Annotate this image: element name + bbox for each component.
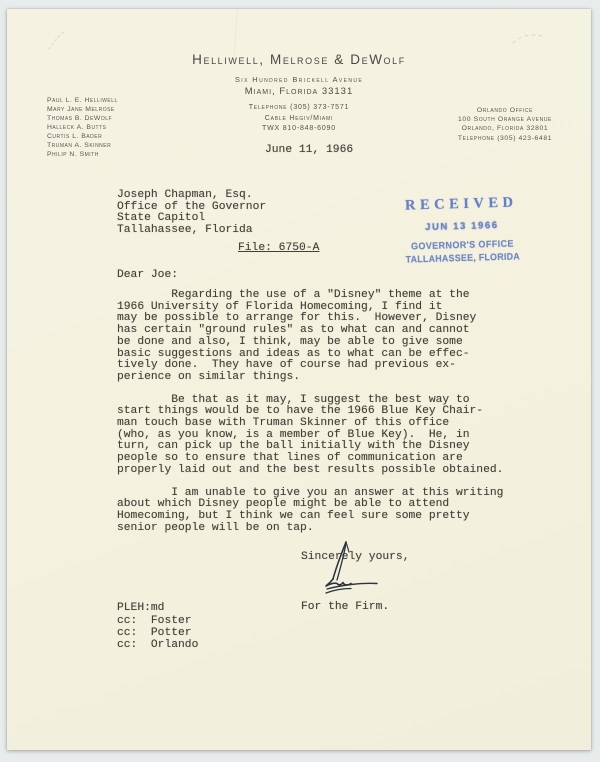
letter-body: Regarding the use of a "Disney" theme at…: [117, 290, 503, 545]
attorney-name: Thomas B. DeWolf: [47, 114, 118, 123]
pencil-mark-top-left: [43, 25, 73, 55]
typist-reference: PLEH:md: [117, 603, 164, 615]
orlando-office-line: Orlando Office: [420, 106, 590, 115]
letter-paper: Helliwell, Melrose & DeWolf Six Hundred …: [7, 9, 591, 750]
attorney-name: Paul L. E. Helliwell: [47, 96, 118, 105]
orlando-office-line: 100 South Orange Avenue: [420, 115, 590, 124]
file-reference: File: 6750-A: [238, 243, 319, 255]
attorney-name-list: Paul L. E. HelliwellMary Jane MelroseTho…: [47, 96, 118, 159]
attorney-name: Mary Jane Melrose: [47, 105, 118, 114]
recipient-line: Joseph Chapman, Esq.: [117, 190, 266, 202]
scanned-letter-page: { "page": { "background_color": "#e9eced…: [0, 0, 600, 762]
paragraph: Regarding the use of a "Disney" theme at…: [117, 290, 503, 384]
paragraph: Be that as it may, I suggest the best wa…: [117, 395, 503, 477]
letter-date: June 11, 1966: [265, 145, 353, 157]
stamp-date-text: JUN 13 1966: [377, 219, 547, 235]
attorney-name: Halleck A. Butts: [47, 123, 118, 132]
orlando-office-line: Telephone (305) 423-6481: [420, 134, 590, 143]
cc-line: cc: Foster: [117, 615, 198, 627]
stamp-received-text: RECEIVED: [376, 194, 546, 216]
cc-line: cc: Orlando: [117, 639, 198, 651]
attorney-name: Curtis L. Bader: [47, 132, 118, 141]
attorney-name: Philip N. Smith: [47, 150, 118, 159]
signature-line: For the Firm.: [301, 602, 389, 614]
received-stamp: RECEIVED JUN 13 1966 GOVERNOR'S OFFICE T…: [376, 194, 548, 267]
salutation: Dear Joe:: [117, 270, 178, 282]
recipient-address: Joseph Chapman, Esq.Office of the Govern…: [117, 190, 266, 237]
cc-line: cc: Potter: [117, 627, 198, 639]
paragraph: I am unable to give you an answer at thi…: [117, 488, 503, 535]
stamp-city-text: TALLAHASSEE, FLORIDA: [384, 251, 542, 266]
cc-list: cc: Fostercc: Pottercc: Orlando: [117, 615, 198, 651]
orlando-office-block: Orlando Office100 South Orange AvenueOrl…: [420, 106, 590, 143]
firm-name: Helliwell, Melrose & DeWolf: [7, 52, 591, 67]
recipient-line: Tallahassee, Florida: [117, 225, 266, 237]
pencil-mark-top-right: [507, 25, 552, 50]
orlando-office-line: Orlando, Florida 32801: [420, 124, 590, 133]
attorney-name: Truman A. Skinner: [47, 141, 118, 150]
firm-street-address: Six Hundred Brickell Avenue: [7, 75, 591, 84]
handwritten-signature: [324, 540, 394, 600]
